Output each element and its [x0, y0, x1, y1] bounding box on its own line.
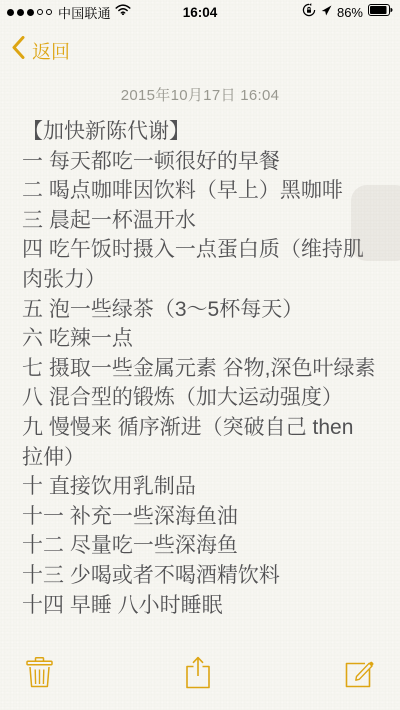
- signal-strength-icon: [7, 9, 52, 16]
- note-line: 十二 尽量吃一些深海鱼: [22, 531, 394, 561]
- delete-note-button[interactable]: [26, 657, 53, 693]
- compose-icon: [343, 657, 374, 693]
- note-line: 十三 少喝或者不喝酒精饮料: [22, 561, 394, 591]
- orientation-lock-icon: [302, 3, 316, 22]
- note-line: 十 直接饮用乳制品: [22, 472, 394, 502]
- note-line: 十一 补充一些深海鱼油: [22, 502, 394, 532]
- back-button-label: 返回: [32, 37, 70, 64]
- share-button[interactable]: [185, 656, 211, 694]
- note-line: 三 晨起一杯温开水: [22, 206, 394, 236]
- status-right-cluster: 86%: [302, 3, 393, 22]
- carrier-label: 中国联通: [58, 3, 111, 22]
- note-line: 八 混合型的锻炼（加大运动强度）: [22, 383, 394, 413]
- location-arrow-icon: [321, 3, 332, 21]
- trash-icon: [26, 657, 53, 693]
- note-line: 肉张力）: [22, 265, 394, 295]
- status-left-cluster: 中国联通: [7, 3, 131, 22]
- note-line: 九 慢慢来 循序渐进（突破自己 then: [22, 413, 394, 443]
- note-line: 五 泡一些绿茶（3～5杯每天）: [22, 295, 394, 325]
- bottom-toolbar: [0, 648, 400, 710]
- note-line: 六 吃辣一点: [22, 324, 394, 354]
- note-date: 2015年10月17日 16:04: [0, 84, 400, 105]
- note-line: 七 摄取一些金属元素 谷物,深色叶绿素: [22, 354, 394, 384]
- wifi-icon: [115, 3, 131, 21]
- note-line: 二 喝点咖啡因饮料（早上）黑咖啡: [22, 176, 394, 206]
- share-icon: [185, 656, 211, 694]
- note-body[interactable]: 【加快新陈代谢】 一 每天都吃一顿很好的早餐 二 喝点咖啡因饮料（早上）黑咖啡 …: [0, 117, 400, 646]
- scroll-indicator: [351, 185, 400, 261]
- compose-button[interactable]: [343, 657, 374, 693]
- battery-percent-label: 86%: [337, 5, 363, 20]
- battery-icon: [368, 3, 393, 21]
- notes-app-screen: 中国联通 16:04: [0, 0, 400, 710]
- note-line: 四 吃午饭时摄入一点蛋白质（维持肌: [22, 235, 394, 265]
- note-line: 一 每天都吃一顿很好的早餐: [22, 147, 394, 177]
- status-bar: 中国联通 16:04: [0, 0, 400, 24]
- note-title-line: 【加快新陈代谢】: [22, 117, 394, 147]
- note-line: 十四 早睡 八小时睡眠: [22, 591, 394, 621]
- back-button[interactable]: 返回: [12, 36, 70, 65]
- note-line: 拉伸）: [22, 443, 394, 473]
- chevron-left-icon: [12, 36, 25, 65]
